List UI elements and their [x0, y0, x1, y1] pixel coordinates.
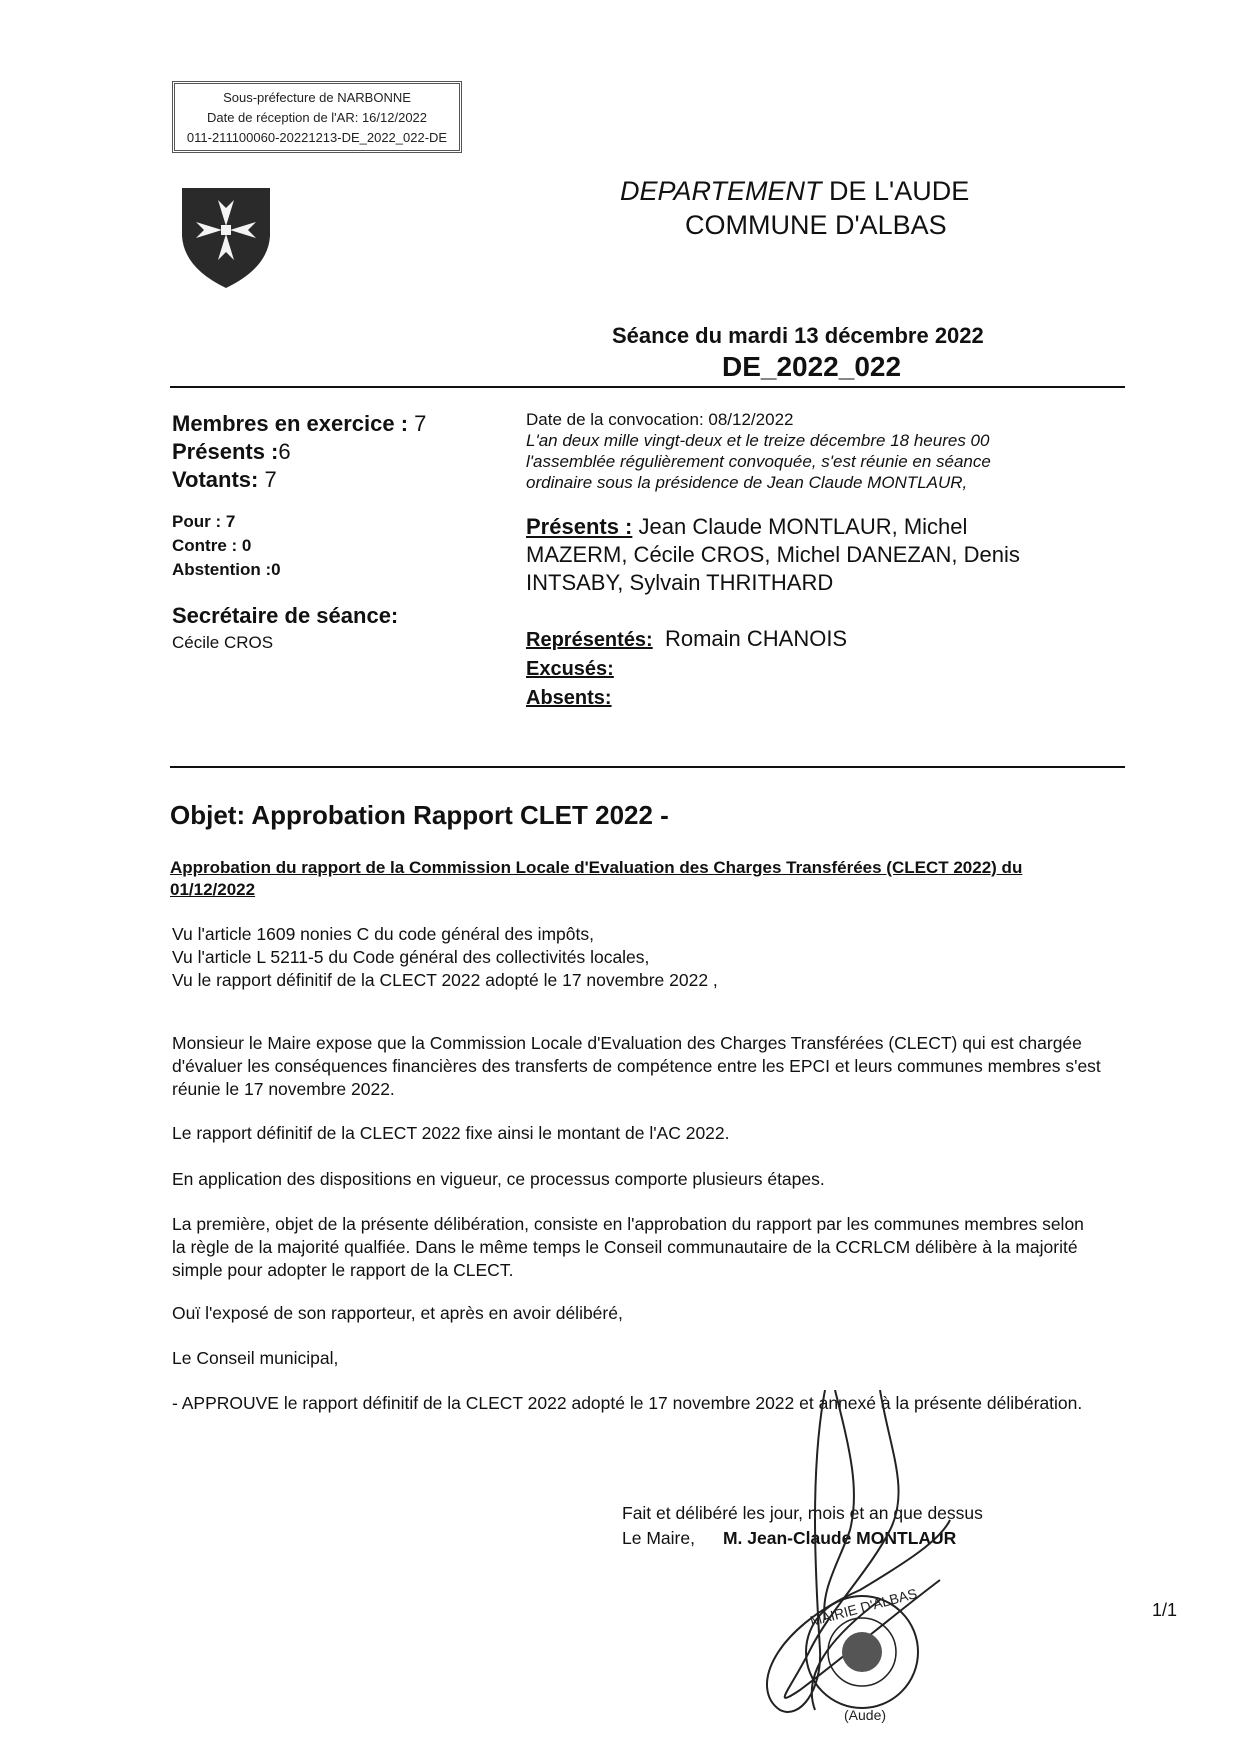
presents-names-1: Jean Claude MONTLAUR, Michel [632, 514, 967, 539]
membres-label: Membres en exercice : [172, 411, 414, 436]
session-date: Séance du mardi 13 décembre 2022 [612, 323, 984, 349]
convocation-text-3: ordinaire sous la présidence de Jean Cla… [526, 472, 1126, 493]
department-label: DEPARTEMENT [620, 176, 822, 206]
subject-subtitle: Approbation du rapport de la Commission … [170, 857, 1090, 901]
vu-line-1: Vu l'article 1609 nonies C du code génér… [172, 923, 1102, 946]
representes-label: Représentés: [526, 629, 653, 651]
attendance-divider [170, 766, 1125, 768]
mayor-role: Le Maire, [622, 1528, 695, 1548]
secretaire-value: Cécile CROS [172, 632, 472, 653]
presents-count-value: 6 [278, 439, 290, 464]
presents-count-label: Présents : [172, 439, 278, 464]
header-divider [170, 386, 1125, 388]
secretaire-label: Secrétaire de séance: [172, 602, 472, 630]
votants-label: Votants: [172, 467, 258, 492]
paragraph-conseil: Le Conseil municipal, [172, 1347, 1102, 1370]
excuses-label: Excusés: [526, 658, 614, 680]
convocation-date: Date de la convocation: 08/12/2022 [526, 409, 1126, 430]
paragraph-oui: Ouï l'exposé de son rapporteur, et après… [172, 1302, 1102, 1325]
paragraph-rapport: Le rapport définitif de la CLECT 2022 fi… [172, 1122, 1102, 1145]
page-number: 1/1 [1152, 1600, 1177, 1621]
vote-contre: Contre : 0 [172, 534, 472, 558]
presents-names-3: INTSABY, Sylvain THRITHARD [526, 569, 1126, 597]
vote-pour: Pour : 7 [172, 510, 472, 534]
department-name: DE L'AUDE [822, 176, 970, 206]
commune-heading: COMMUNE D'ALBAS [685, 210, 947, 241]
deliberation-number: DE_2022_022 [722, 351, 901, 383]
vote-abstention: Abstention :0 [172, 558, 472, 582]
stamp-line-prefecture: Sous-préfecture de NARBONNE [175, 88, 459, 108]
stamp-line-date: Date de réception de l'AR: 16/12/2022 [175, 108, 459, 128]
seal-text-bottom: (Aude) [844, 1707, 886, 1723]
votants-value: 7 [258, 467, 276, 492]
signature-and-seal: MAIRIE D'ALBAS (Aude) [740, 1390, 1000, 1753]
convocation-text-2: l'assemblée régulièrement convoquée, s'e… [526, 451, 1126, 472]
presents-label: Présents : [526, 514, 632, 539]
stamp-line-id: 011-211100060-20221213-DE_2022_022-DE [175, 128, 459, 148]
paragraph-etapes: En application des dispositions en vigue… [172, 1168, 1102, 1191]
paragraph-expose: Monsieur le Maire expose que la Commissi… [172, 1032, 1102, 1101]
absents-label: Absents: [526, 687, 612, 709]
paragraph-premiere: La première, objet de la présente délibé… [172, 1213, 1102, 1282]
vu-line-2: Vu l'article L 5211-5 du Code général de… [172, 946, 1102, 969]
vu-list: Vu l'article 1609 nonies C du code génér… [172, 923, 1102, 992]
representes-value: Romain CHANOIS [653, 626, 847, 651]
membres-value: 7 [414, 411, 426, 436]
reception-stamp: Sous-préfecture de NARBONNE Date de réce… [172, 81, 462, 153]
presents-names-2: MAZERM, Cécile CROS, Michel DANEZAN, Den… [526, 541, 1126, 569]
convocation-text-1: L'an deux mille vingt-deux et le treize … [526, 430, 1126, 451]
department-heading: DEPARTEMENT DE L'AUDE [620, 176, 969, 207]
maltese-cross-shield-icon [180, 186, 272, 290]
vu-line-3: Vu le rapport définitif de la CLECT 2022… [172, 969, 1102, 992]
subject-title: Objet: Approbation Rapport CLET 2022 - [170, 800, 669, 831]
vote-summary: Membres en exercice : 7 Présents :6 Vota… [172, 410, 472, 653]
convocation-block: Date de la convocation: 08/12/2022 L'an … [526, 409, 1126, 712]
